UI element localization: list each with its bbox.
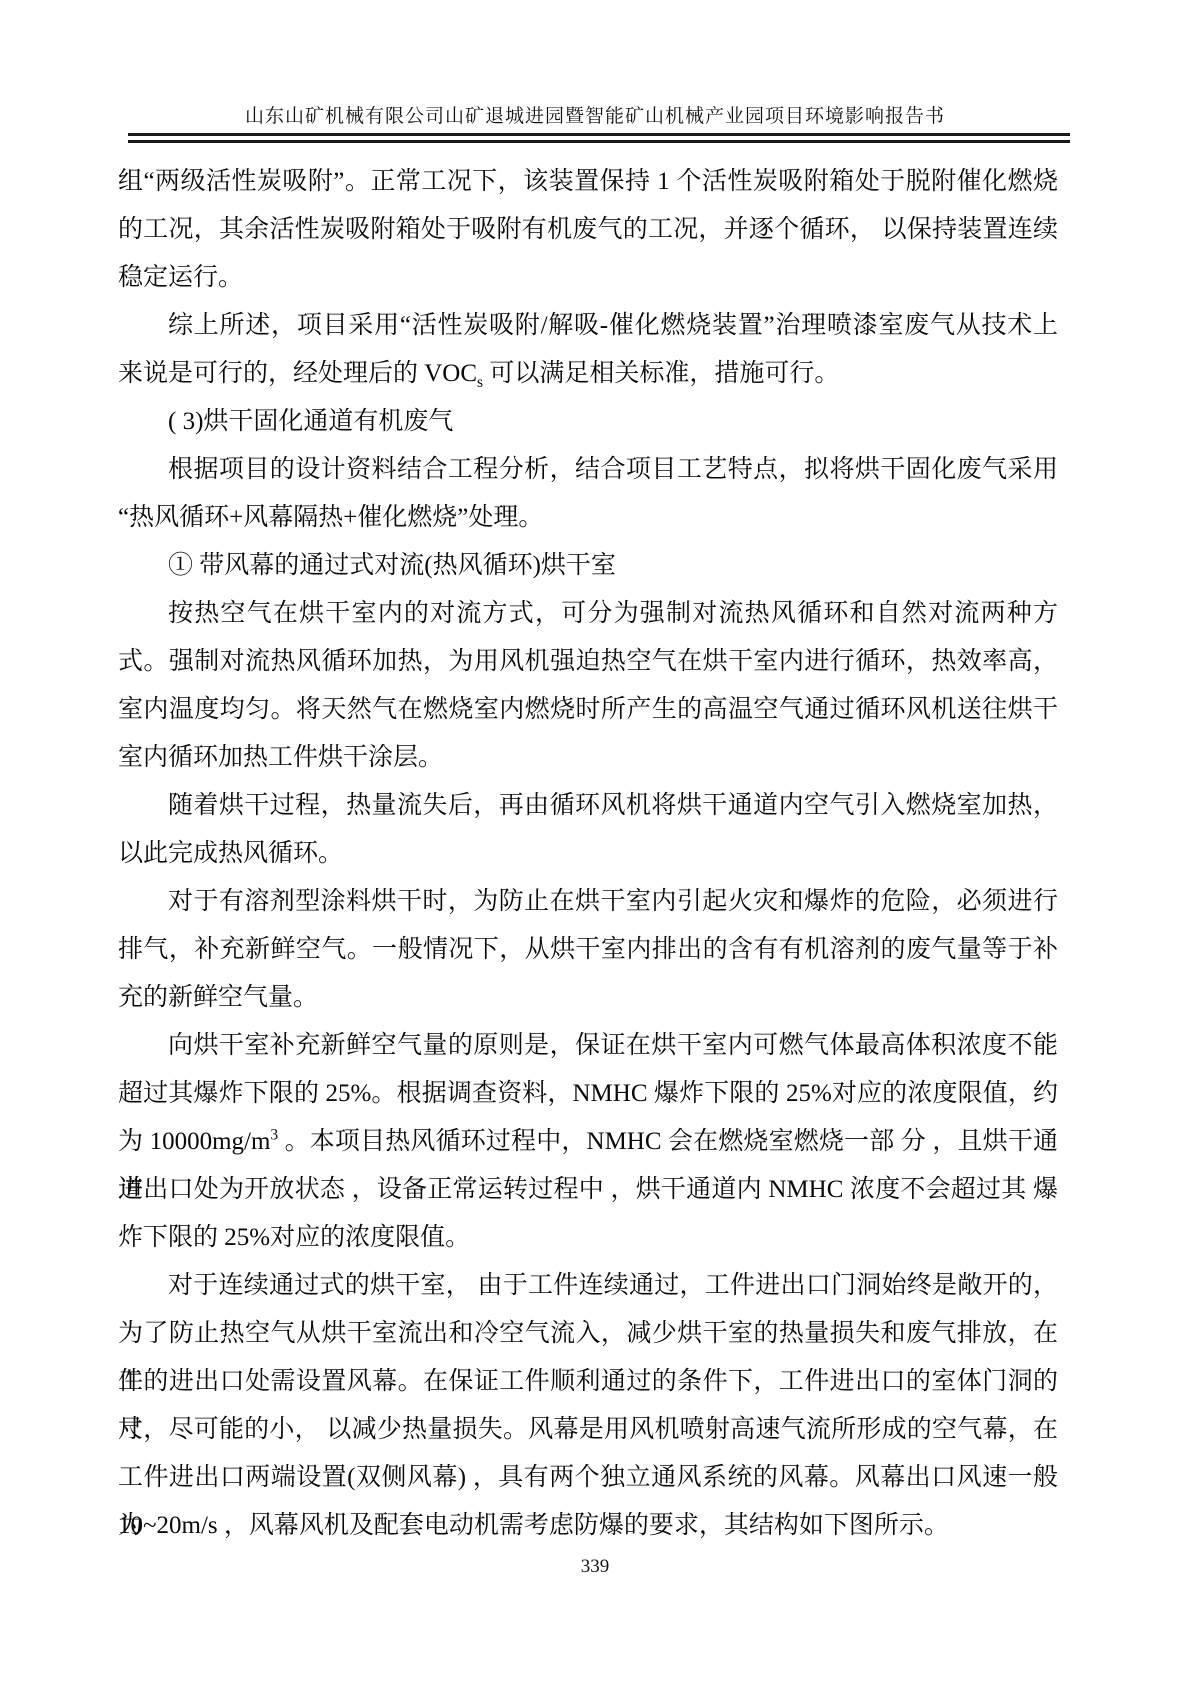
text-line: 超过其爆炸下限的 25%。根据调查资料，NMHC 爆炸下限的 25%对应的浓度限… <box>118 1070 1058 1118</box>
text-line: 为了防止热空气从烘干室流出和冷空气流入，减少烘干室的热量损失和废气排放，在工 <box>118 1310 1058 1358</box>
text-line: 根据项目的设计资料结合工程分析，结合项目工艺特点，拟将烘干固化废气采用 <box>118 446 1058 494</box>
sup-script-text: 3 <box>270 1127 278 1144</box>
text-line: 室内循环加热工件烘干涂层。 <box>118 734 1058 782</box>
text-line: “热风循环+风幕隔热+催化燃烧”处理。 <box>118 494 1058 542</box>
text-line: 对于有溶剂型涂料烘干时，为防止在烘干室内引起火灾和爆炸的危险，必须进行 <box>118 878 1058 926</box>
text-line: 件的进出口处需设置风幕。在保证工件顺利通过的条件下，工件进出口的室体门洞的尺 <box>118 1358 1058 1406</box>
text-line: ① 带风幕的通过式对流(热风循环)烘干室 <box>118 542 1058 590</box>
text-line: 组“两级活性炭吸附”。正常工况下，该装置保持 1 个活性炭吸附箱处于脱附催化燃烧 <box>118 158 1058 206</box>
text-segment: 来说是可行的，经处理后的 VOC <box>118 360 477 387</box>
text-line: 工件进出口两端设置(双侧风幕) ，具有两个独立通风系统的风幕。风幕出口风速一般为 <box>118 1454 1058 1502</box>
text-line: 稳定运行。 <box>118 254 1058 302</box>
text-line: 寸，尽可能的小， 以减少热量损失。风幕是用风机喷射高速气流所形成的空气幕，在 <box>118 1406 1058 1454</box>
text-line: 综上所述，项目采用“活性炭吸附/解吸-催化燃烧装置”治理喷漆室废气从技术上 <box>118 302 1058 350</box>
text-segment: 为 10000mg/m <box>118 1128 270 1155</box>
page-number: 339 <box>0 1556 1190 1578</box>
document-page: 山东山矿机械有限公司山矿退城进园暨智能矿山机械产业园项目环境影响报告书 组“两级… <box>0 0 1190 1683</box>
text-line: 为 10000mg/m3 。本项目热风循环过程中，NMHC 会在燃烧室燃烧一部 … <box>118 1118 1058 1166</box>
text-line: 充的新鲜空气量。 <box>118 974 1058 1022</box>
text-line: 进出口处为开放状态 ，设备正常运转过程中 ，烘干通道内 NMHC 浓度不会超过其… <box>118 1166 1058 1214</box>
text-line: 的工况，其余活性炭吸附箱处于吸附有机废气的工况，并逐个循环， 以保持装置连续 <box>118 206 1058 254</box>
text-line: 随着烘干过程，热量流失后，再由循环风机将烘干通道内空气引入燃烧室加热， <box>118 782 1058 830</box>
text-line: ( 3)烘干固化通道有机废气 <box>118 398 1058 446</box>
text-line: 排气，补充新鲜空气。一般情况下，从烘干室内排出的含有有机溶剂的废气量等于补 <box>118 926 1058 974</box>
text-segment: 可以满足相关标准，措施可行。 <box>483 360 839 387</box>
text-line: 室内温度均匀。将天然气在燃烧室内燃烧时所产生的高温空气通过循环风机送往烘干 <box>118 686 1058 734</box>
text-line: 来说是可行的，经处理后的 VOCs 可以满足相关标准，措施可行。 <box>118 350 1058 398</box>
text-line: 炸下限的 25%对应的浓度限值。 <box>118 1214 1058 1262</box>
page-header-title: 山东山矿机械有限公司山矿退城进园暨智能矿山机械产业园项目环境影响报告书 <box>0 101 1190 128</box>
text-line: 以此完成热风循环。 <box>118 830 1058 878</box>
text-line: 10~20m/s ，风幕风机及配套电动机需考虑防爆的要求，其结构如下图所示。 <box>118 1502 1058 1550</box>
text-line: 对于连续通过式的烘干室， 由于工件连续通过，工件进出口门洞始终是敞开的， <box>118 1262 1058 1310</box>
header-double-rule <box>128 133 1070 143</box>
text-line: 按热空气在烘干室内的对流方式，可分为强制对流热风循环和自然对流两种方 <box>118 590 1058 638</box>
text-line: 向烘干室补充新鲜空气量的原则是，保证在烘干室内可燃气体最高体积浓度不能 <box>118 1022 1058 1070</box>
text-line: 式。强制对流热风循环加热，为用风机强迫热空气在烘干室内进行循环，热效率高， <box>118 638 1058 686</box>
document-body: 组“两级活性炭吸附”。正常工况下，该装置保持 1 个活性炭吸附箱处于脱附催化燃烧… <box>118 158 1058 1550</box>
